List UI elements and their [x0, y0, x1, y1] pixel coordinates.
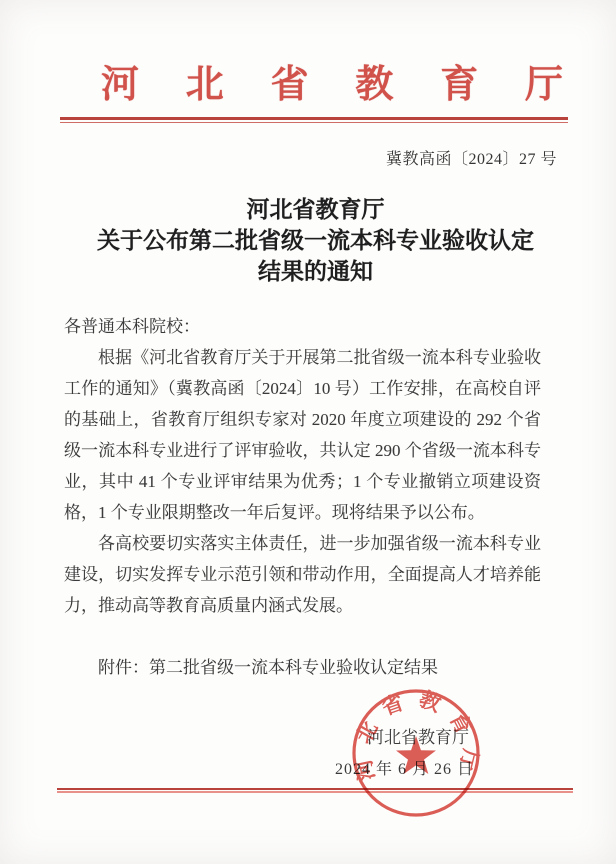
salutation: 各普通本科院校： — [64, 311, 541, 342]
document-title-line3: 结果的通知 — [77, 256, 554, 287]
letterhead-divider-rule — [60, 117, 568, 123]
document-page: 河北省教育厅 冀教高函〔2024〕27 号 河北省教育厅 关于公布第二批省级一流… — [0, 0, 616, 864]
document-title: 河北省教育厅 关于公布第二批省级一流本科专业验收认定 结果的通知 — [77, 194, 554, 287]
document-title-line1: 河北省教育厅 — [77, 194, 554, 225]
attachment-line: 附件：第二批省级一流本科专业验收认定结果 — [64, 652, 541, 683]
body-paragraph-1: 根据《河北省教育厅关于开展第二批省级一流本科专业验收工作的通知》（冀教高函〔20… — [64, 342, 541, 528]
document-title-line2: 关于公布第二批省级一流本科专业验收认定 — [77, 225, 554, 256]
document-body: 各普通本科院校： 根据《河北省教育厅关于开展第二批省级一流本科专业验收工作的通知… — [64, 311, 541, 683]
letterhead-agency-name: 河北省教育厅 — [101, 62, 563, 108]
body-paragraph-2: 各高校要切实落实主体责任，进一步加强省级一流本科专业建设，切实发挥专业示范引领和… — [64, 528, 541, 621]
seal-ring-text: 河北省教育厅 — [349, 686, 483, 784]
seal-graphic: 河北省教育厅 — [347, 684, 485, 822]
footer-divider-rule — [57, 788, 573, 793]
seal-star-icon — [396, 736, 436, 774]
official-seal-stamp: 河北省教育厅 — [347, 684, 485, 822]
document-number: 冀教高函〔2024〕27 号 — [386, 146, 557, 169]
